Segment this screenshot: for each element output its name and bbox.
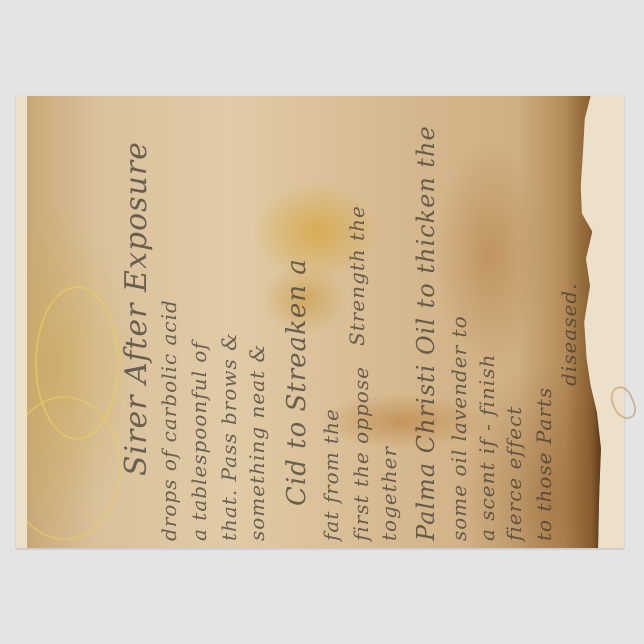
handwriting-line: some oil lavender to bbox=[447, 315, 471, 541]
burnt-edge bbox=[565, 96, 605, 548]
handwriting-line: something neat & bbox=[245, 344, 269, 541]
handwriting-line: Palma Christi Oil to thicken the bbox=[412, 125, 440, 541]
aged-parchment: Sirer After Exposure drops of carbolic a… bbox=[27, 96, 605, 548]
handwriting-line: a tablespoonful of bbox=[187, 341, 211, 541]
handwriting-line: that. Pass brows & bbox=[217, 332, 241, 541]
handwriting-line: first the oppose bbox=[349, 366, 373, 541]
stain-mark bbox=[607, 383, 639, 422]
handwriting-line: a scent if - finish bbox=[475, 354, 499, 541]
handwriting-line: Cid to Streaken a bbox=[282, 258, 312, 506]
handwriting-line: fierce effect bbox=[502, 406, 526, 541]
handwriting-line: Sirer After Exposure bbox=[119, 141, 154, 476]
handwriting-line: Strength the bbox=[345, 205, 369, 346]
handwriting-line: drops of carbolic acid bbox=[157, 299, 181, 541]
gold-vein bbox=[27, 396, 121, 540]
handwriting-line: fat from the bbox=[319, 408, 343, 541]
parchment-backing-sheet: Sirer After Exposure drops of carbolic a… bbox=[16, 96, 624, 548]
handwriting-line: to those Parts bbox=[532, 387, 556, 541]
handwriting-line: together bbox=[377, 446, 401, 541]
